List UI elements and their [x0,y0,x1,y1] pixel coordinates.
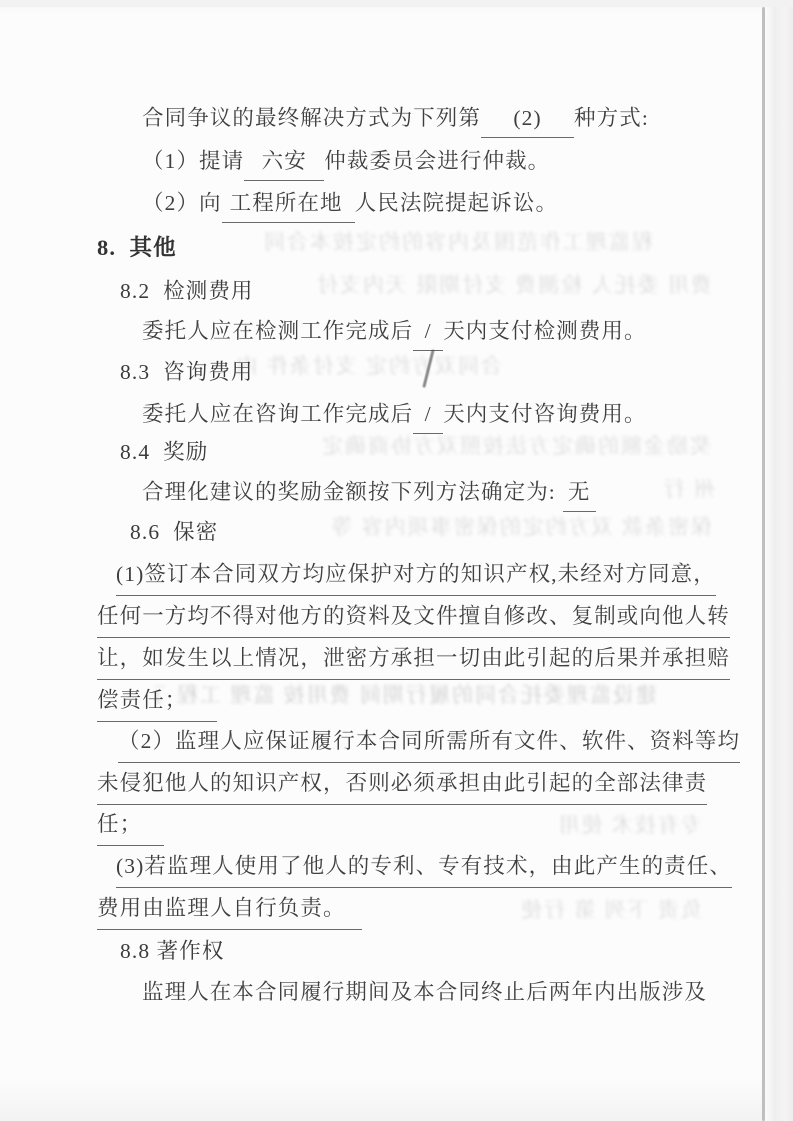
scanned-contract-page: 程监理工作范围及内容的约定按本合同 费用 委托人 检测费 支付期限 天内支付 合… [0,0,793,1121]
clause-consulting-fee: 委托人应在咨询工作完成后/天内支付咨询费用。 [142,399,647,431]
text-segment: 费用由监理人自行负责。 [97,893,362,930]
text-segment: (3)若监理人使用了他人的专利、专有技术，由此产生的责任、 [116,851,732,888]
clause-dispute-resolution: 合同争议的最终解决方式为下列第(2)种方式: [142,103,649,135]
clause-confidentiality-3-cont-1: 费用由监理人自行负责。 [97,893,362,925]
section-8-4-heading: 8.4 奖励 [120,437,208,469]
filled-blank: (2) [481,103,574,138]
filled-blank: 六安 [244,146,324,181]
clause-confidentiality-2-cont-2: 任； [97,809,164,841]
text-segment: 偿责任； [97,685,217,722]
clause-confidentiality-1-cont-3: 偿责任； [97,685,217,717]
text-segment: 委托人应在咨询工作完成后 [142,402,413,426]
scanner-margin [765,5,793,1121]
bleed-through-text: 保密条款 双方约定的保密事项内容 等 [228,514,712,542]
clause-copyright: 监理人在本合同履行期间及本合同终止后两年内出版涉及 [142,977,707,1009]
section-8-other-heading: 8. 其他 [97,233,177,265]
text-segment: 仲裁委员会进行仲裁。 [324,149,550,173]
text-segment: （2）监理人应保证履行本合同所需所有文件、软件、资料等均 [118,726,740,763]
section-8-6-heading: 8.6 保密 [130,517,218,549]
filled-blank: 工程所在地 [222,188,355,223]
clause-confidentiality-1-cont-2: 让，如发生以上情况，泄密方承担一切由此引起的后果并承担赔 [97,643,730,675]
section-8-8-heading: 8.8 著作权 [120,936,224,968]
text-segment: 任何一方均不得对他方的资料及文件擅自修改、复制或向他人转 [97,601,730,638]
clause-confidentiality-3: (3)若监理人使用了他人的专利、专有技术，由此产生的责任、 [116,851,732,883]
text-segment: 合理化建议的奖励金额按下列方法确定为: [142,480,556,504]
section-8-3-heading: 8.3 咨询费用 [120,357,254,389]
clause-reward: 合理化建议的奖励金额按下列方法确定为:无 [142,477,596,509]
text-segment: 种方式: [574,106,649,130]
text-segment: （1）提请 [142,149,244,173]
text-segment: 未侵犯他人的知识产权，否则必须承担由此引起的全部法律责 [97,768,707,805]
clause-confidentiality-1-cont-1: 任何一方均不得对他方的资料及文件擅自修改、复制或向他人转 [97,601,730,633]
clause-confidentiality-1: (1)签订本合同双方均应保护对方的知识产权,未经对方同意， [116,559,716,591]
bleed-through-text: 费用 委托人 检测费 支付期限 天内支付 [250,272,712,300]
text-segment: 天内支付咨询费用。 [443,402,646,426]
text-segment: 让，如发生以上情况，泄密方承担一切由此引起的后果并承担赔 [97,643,730,680]
text-segment: 任； [97,809,164,846]
clause-litigation-option: （2）向工程所在地人民法院提起诉讼。 [142,188,558,220]
filled-blank: / [413,316,443,351]
scan-top-edge [0,0,793,7]
text-segment: 委托人应在检测工作完成后 [142,319,413,343]
bleed-through-text: 负责 下列 第 行使 [462,897,702,925]
text-segment: 人民法院提起诉讼。 [355,191,558,215]
filled-blank: / [413,399,443,434]
bleed-through-text: 程监理工作范围及内容的约定按本合同 [185,229,653,257]
text-segment: (1)签订本合同双方均应保护对方的知识产权,未经对方同意， [116,559,716,596]
text-segment: 合同争议的最终解决方式为下列第 [142,106,481,130]
bleed-through-text: 专有技术 使用 [540,812,702,840]
bleed-through-text: 奖励金额的确定方法按照双方协商确定 [245,433,711,461]
filled-blank: 无 [563,477,596,512]
clause-arbitration-option: （1）提请六安仲裁委员会进行仲裁。 [142,146,550,178]
section-8-2-heading: 8.2 检测费用 [120,276,254,308]
bleed-through-text: 州 行 [615,476,715,504]
clause-confidentiality-2-cont-1: 未侵犯他人的知识产权，否则必须承担由此引起的全部法律责 [97,768,707,800]
clause-inspection-fee: 委托人应在检测工作完成后/天内支付检测费用。 [142,316,647,348]
text-segment: 天内支付检测费用。 [443,319,646,343]
text-segment: （2）向 [142,191,222,215]
clause-confidentiality-2: （2）监理人应保证履行本合同所需所有文件、软件、资料等均 [118,726,740,758]
bleed-through-text: 建设监理委托合同的履行期间 费用按 监理 工程 了 办 [155,682,657,710]
